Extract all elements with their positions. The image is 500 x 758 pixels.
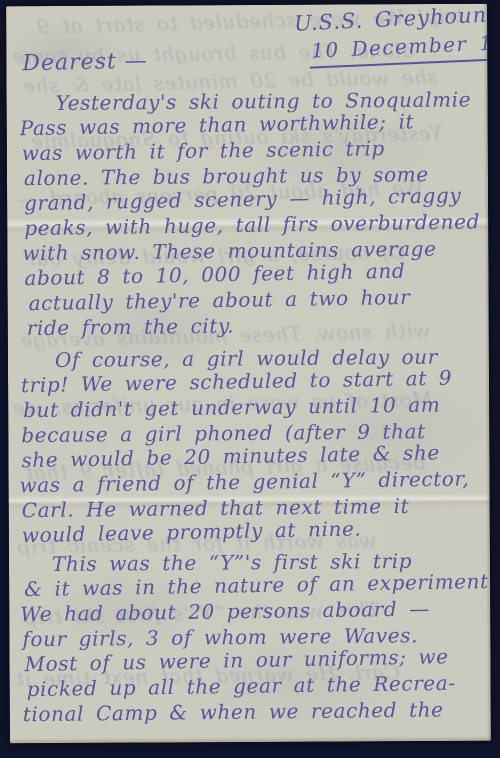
- handwritten-line: ride from the city.: [27, 310, 485, 341]
- handwritten-line: tional Camp & when we reached the: [23, 697, 487, 727]
- letter-paper: trip! We were scheduled to start at 9alo…: [6, 4, 491, 744]
- salutation: Dearest —: [22, 48, 148, 76]
- scanned-letter: trip! We were scheduled to start at 9alo…: [0, 0, 500, 758]
- letter-body: Yesterday's ski outing to SnoqualmiePass…: [20, 89, 487, 727]
